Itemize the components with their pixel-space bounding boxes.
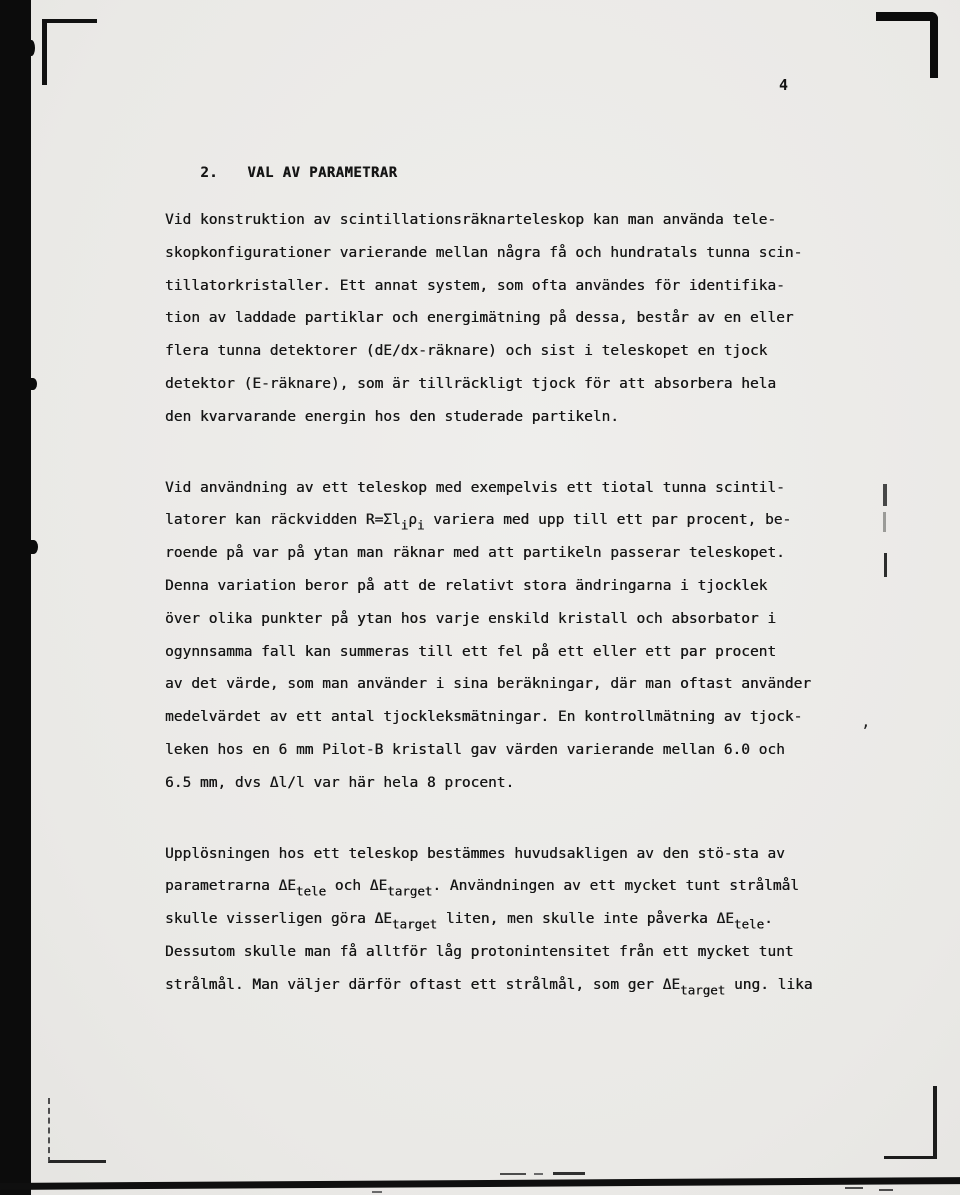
text-line: medelvärdet av ett antal tjockleksmätnin… — [165, 701, 885, 734]
text-line: Vid konstruktion av scintillationsräknar… — [165, 204, 885, 237]
text-line: Denna variation beror på att de relativt… — [165, 570, 885, 603]
subscript-text: i — [417, 518, 425, 533]
subscript-text: i — [401, 518, 409, 533]
text-line: strålmål. Man väljer därför oftast ett s… — [165, 969, 885, 1002]
paragraph: Vid konstruktion av scintillationsräknar… — [165, 204, 885, 434]
text-line: flera tunna detektorer (dE/dx-räknare) o… — [165, 335, 885, 368]
paragraph: Vid användning av ett teleskop med exemp… — [165, 472, 885, 800]
scan-artifact-dash — [879, 1189, 893, 1191]
section-heading: 2.VAL AV PARAMETRAR — [165, 149, 397, 197]
corner-mark-top-left — [42, 19, 97, 85]
text-line: 6.5 mm, dvs Δl/l var här hela 8 procent. — [165, 767, 885, 800]
scan-artifact-dash — [553, 1172, 585, 1175]
text-line: detektor (E-räknare), som är tillräcklig… — [165, 368, 885, 401]
section-number: 2. — [200, 165, 247, 181]
text-line: Vid användning av ett teleskop med exemp… — [165, 472, 885, 505]
corner-mark-bottom-left — [48, 1098, 106, 1163]
scan-artifact-dash — [845, 1187, 863, 1189]
scan-artifact-dash — [372, 1191, 382, 1193]
text-line: tillatorkristaller. Ett annat system, so… — [165, 270, 885, 303]
text-line: den kvarvarande energin hos den studerad… — [165, 401, 885, 434]
subscript-text: tele — [296, 884, 326, 899]
subscript-text: tele — [734, 916, 764, 931]
text-line: tion av laddade partiklar och energimätn… — [165, 302, 885, 335]
text-line: latorer kan räckvidden R=Σliρi variera m… — [165, 504, 885, 537]
text-line: över olika punkter på ytan hos varje ens… — [165, 603, 885, 636]
text-line: av det värde, som man använder i sina be… — [165, 668, 885, 701]
document-body: Vid konstruktion av scintillationsräknar… — [165, 204, 885, 1040]
paragraph: Upplösningen hos ett teleskop bestämmes … — [165, 838, 885, 1002]
bottom-scan-line — [0, 1177, 960, 1190]
page-number: 4 — [779, 76, 788, 94]
text-line: ogynnsamma fall kan summeras till ett fe… — [165, 636, 885, 669]
binding-bar-nub — [28, 40, 35, 56]
binding-bar-nub — [29, 378, 37, 390]
subscript-text: target — [392, 916, 437, 931]
scanned-page: , 4 2.VAL AV PARAMETRAR Vid konstruktion… — [0, 0, 960, 1195]
binding-bar-nub — [29, 540, 38, 554]
text-line: skopkonfigurationer varierande mellan nå… — [165, 237, 885, 270]
scan-artifact-dash — [534, 1173, 543, 1175]
text-line: skulle visserligen göra ΔEtarget liten, … — [165, 903, 885, 936]
subscript-text: target — [387, 884, 432, 899]
text-line: Upplösningen hos ett teleskop bestämmes … — [165, 838, 885, 871]
corner-mark-top-right — [876, 12, 938, 78]
section-title: VAL AV PARAMETRAR — [247, 165, 397, 181]
corner-mark-bottom-right — [884, 1086, 937, 1159]
scan-artifact-dash — [500, 1173, 526, 1175]
subscript-text: target — [680, 982, 725, 997]
left-binding-bar — [0, 0, 31, 1195]
text-line: parametrarna ΔEtele och ΔEtarget. Använd… — [165, 870, 885, 903]
text-line: roende på var på ytan man räknar med att… — [165, 537, 885, 570]
text-line: Dessutom skulle man få alltför låg proto… — [165, 936, 885, 969]
text-line: leken hos en 6 mm Pilot-B kristall gav v… — [165, 734, 885, 767]
